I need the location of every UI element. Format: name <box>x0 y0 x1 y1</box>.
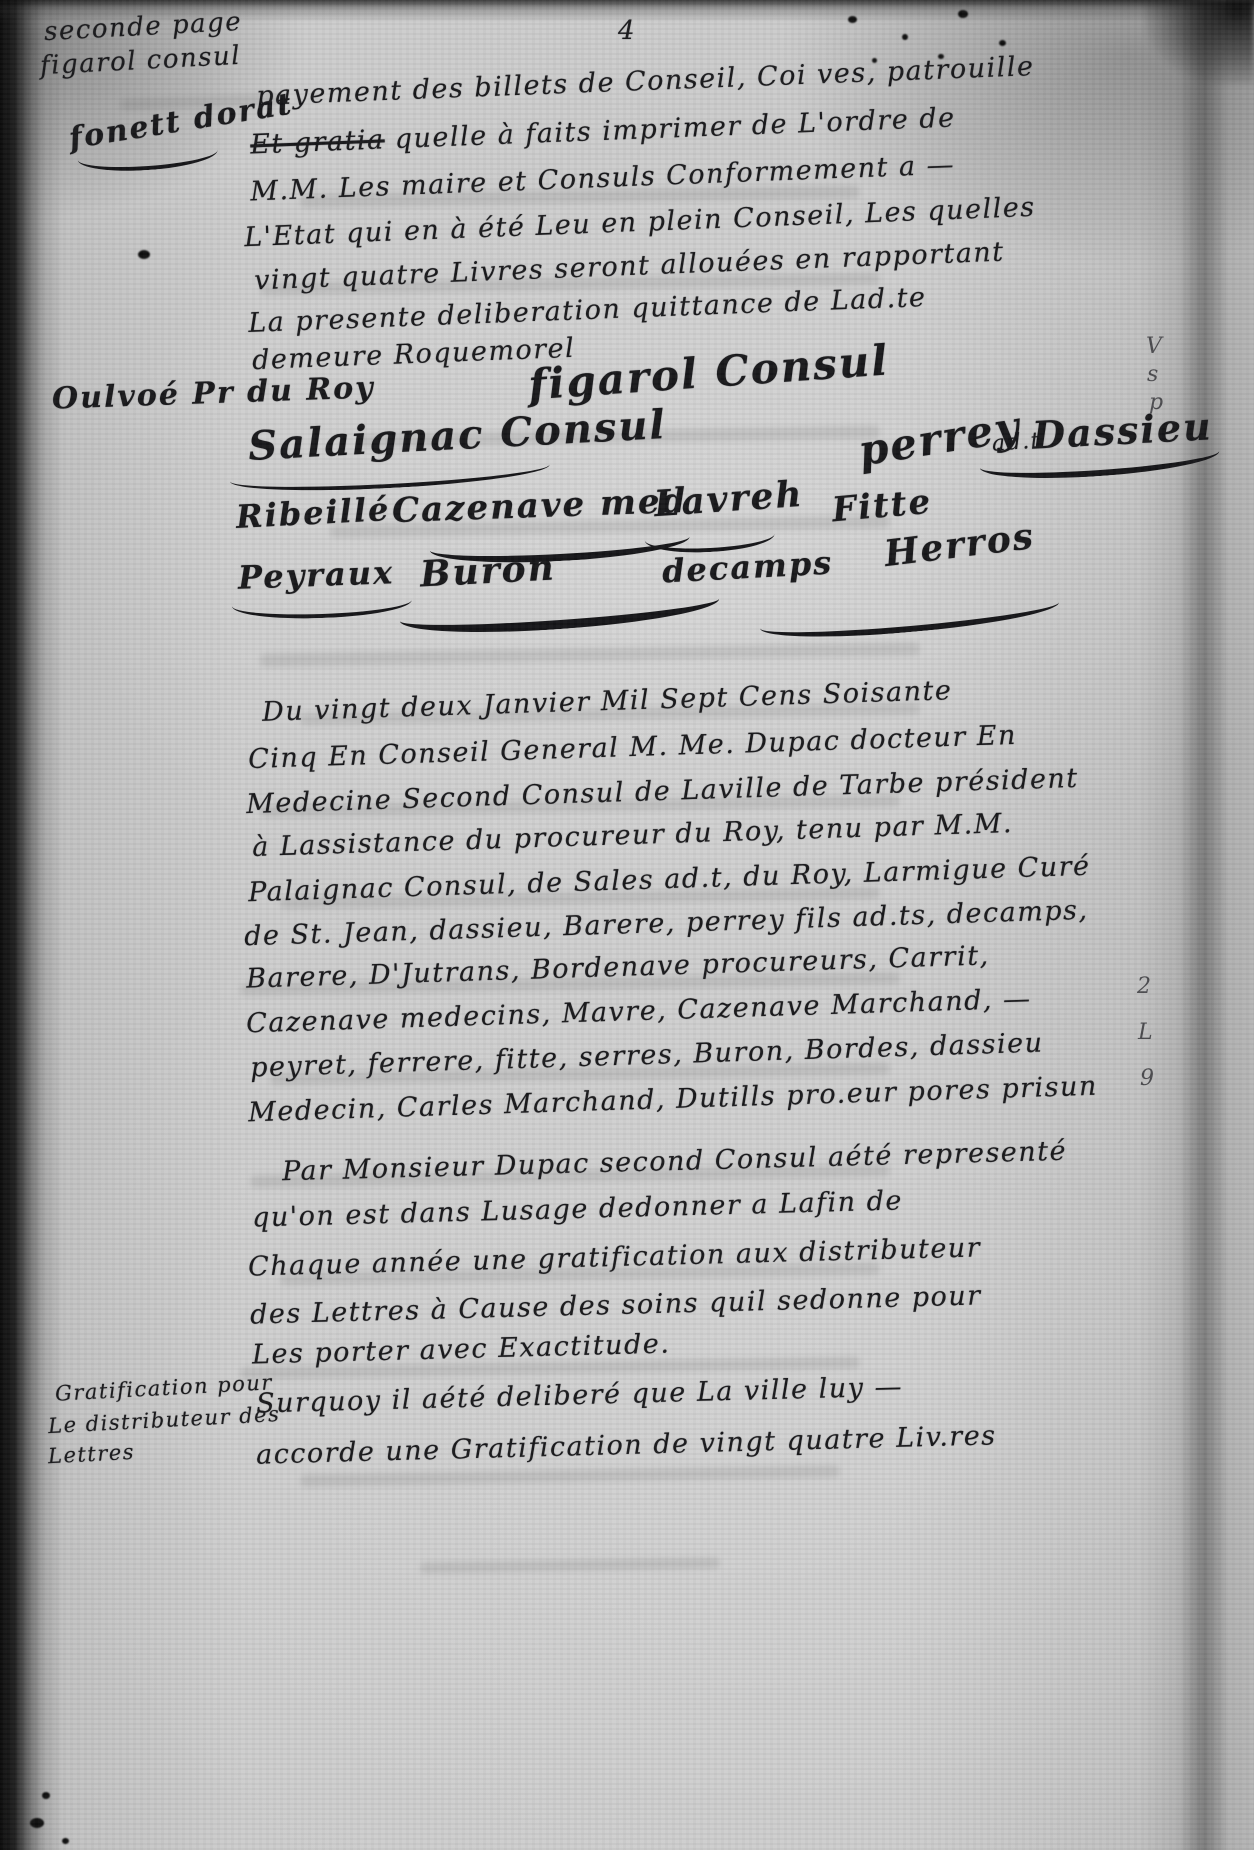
edge-text-fragment: L <box>1138 1020 1153 1045</box>
bleed-through-smudge <box>300 1465 840 1486</box>
page-right-edge-curve <box>1178 0 1226 1850</box>
page-number: 4 <box>618 16 636 46</box>
signature-flourish <box>760 599 1061 645</box>
signature-buron: Buron <box>419 546 557 595</box>
signature-fitte: Fitte <box>830 482 933 531</box>
ink-blot <box>958 10 968 18</box>
margin-signature: Oulvoé Pr du Roy <box>51 370 375 416</box>
signature-palaignac: Salaignac Consul <box>247 401 668 470</box>
struck-word: Et gratia <box>250 124 386 160</box>
signature-decamps: decamps <box>661 544 834 591</box>
edge-text-fragment: p <box>1149 390 1163 415</box>
margin-note-line: Lettres <box>47 1440 135 1469</box>
ink-blot <box>138 250 150 259</box>
binding-gutter-shadow <box>0 0 62 1850</box>
margin-note-line: figarol consul <box>39 41 241 81</box>
signature-figarol: figarol Consul <box>527 335 891 409</box>
ink-blot <box>902 34 908 40</box>
bleed-through-smudge <box>420 1557 720 1573</box>
signature-flourish <box>400 595 721 640</box>
body-text-segment: quelle à faits imprimer de L'ordre de <box>384 102 956 155</box>
body-text-line: Surquoy il aété deliberé que La ville lu… <box>256 1372 904 1420</box>
corner-ink-smudge <box>1144 0 1254 85</box>
signature-peyraux: Peyraux <box>237 553 394 596</box>
edge-text-fragment: 9 <box>1140 1066 1154 1091</box>
body-text-line: Cinq En Conseil General M. Me. Dupac doc… <box>248 720 1018 775</box>
bleed-through-smudge <box>260 642 920 667</box>
body-text-line: payement des billets de Conseil, Coi ves… <box>256 51 1035 112</box>
signature-flourish <box>232 597 413 621</box>
edge-text-fragment: 2 <box>1137 974 1151 999</box>
margin-note-line: Gratification pour <box>55 1370 274 1405</box>
ink-blot <box>62 1838 69 1844</box>
ink-blot <box>848 16 857 23</box>
edge-text-fragment: V <box>1146 334 1162 359</box>
body-text-line: qu'on est dans Lusage dedonner a Lafin d… <box>252 1185 904 1233</box>
body-text-line: Et gratia quelle à faits imprimer de L'o… <box>250 102 956 160</box>
signature-ribeille: Ribeillé <box>235 490 391 536</box>
ink-blot <box>42 1792 50 1799</box>
manuscript-page-scan: 4 seconde page figarol consul fonett dor… <box>0 0 1254 1850</box>
edge-text-fragment: s <box>1147 362 1158 387</box>
ink-blot <box>999 40 1006 46</box>
ink-blot <box>30 1818 44 1828</box>
body-text-line: accorde une Gratification de vingt quatr… <box>256 1420 997 1470</box>
body-text-line: des Lettres à Cause des soins quil sedon… <box>250 1280 982 1330</box>
margin-note-line: Le distributeur des <box>48 1402 281 1438</box>
